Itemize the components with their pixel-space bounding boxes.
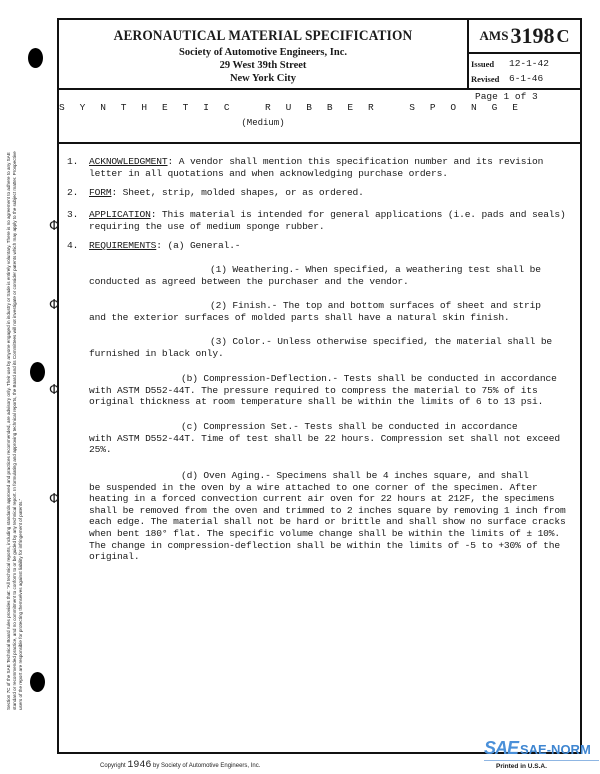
printed-in: Printed in U.S.A. [496, 763, 547, 770]
requirement-lead: (d) Oven Aging.- Specimens shall be 4 in… [89, 470, 572, 482]
requirement-compression-set: (c) Compression Set.- Tests shall be con… [67, 421, 572, 456]
requirement-lead: (c) Compression Set.- Tests shall be con… [89, 421, 572, 433]
requirement-compression-deflection: Φ (b) Compression-Deflection.- Tests sha… [67, 373, 572, 408]
section-heading: FORM [89, 187, 111, 198]
requirement-lead: (2) Finish.- The top and bottom surfaces… [89, 300, 572, 312]
requirement-lead: (b) Compression-Deflection.- Tests shall… [89, 373, 572, 385]
requirement-color: (3) Color.- Unless otherwise specified, … [67, 336, 572, 359]
section-number: 1. [67, 156, 78, 168]
document-frame: AERONAUTICAL MATERIAL SPECIFICATION Soci… [57, 18, 582, 754]
revision-mark-icon: Φ [49, 300, 59, 312]
requirement-lead: (3) Color.- Unless otherwise specified, … [89, 336, 572, 348]
requirement-text: furnished in black only. [89, 348, 224, 359]
spec-prefix: AMS [480, 28, 509, 44]
sae-norm-logo: SAE SAE-NORM [484, 738, 599, 762]
revised-date: 6-1-46 [509, 73, 543, 84]
copyright-suffix: by Society of Automotive Engineers, Inc. [153, 763, 260, 769]
spec-box: AMS 3198 C Issued 12-1-42 Revised 6-1-46 [469, 20, 580, 90]
copyright: Copyright 1946 by Society of Automotive … [100, 760, 260, 771]
requirement-text: and the exterior surfaces of molded part… [89, 312, 510, 323]
copyright-year: 1946 [127, 760, 151, 771]
header-city: New York City [59, 73, 467, 84]
header-org: Society of Automotive Engineers, Inc. [59, 47, 467, 58]
logo-text: SAE-NORM [520, 742, 591, 757]
header: AERONAUTICAL MATERIAL SPECIFICATION Soci… [59, 20, 469, 90]
spec-revision: C [556, 26, 569, 47]
section-heading: ACKNOWLEDGMENT [89, 156, 168, 167]
requirement-text: with ASTM D552-44T. Time of test shall b… [89, 433, 560, 456]
section-number: 4. [67, 240, 78, 252]
section-heading: REQUIREMENTS [89, 240, 156, 251]
section-heading: APPLICATION [89, 209, 151, 220]
header-address: 29 West 39th Street [59, 60, 467, 71]
revision-mark-icon: Φ [49, 385, 59, 397]
requirement-text: be suspended in the oven by a wire attac… [89, 482, 566, 563]
logo-underline [484, 760, 599, 761]
copyright-prefix: Copyright [100, 763, 126, 769]
requirement-weathering: (1) Weathering.- When specified, a weath… [67, 264, 572, 287]
spec-dates: Issued 12-1-42 Revised 6-1-46 [469, 54, 580, 86]
requirement-oven-aging: Φ (d) Oven Aging.- Specimens shall be 4 … [67, 470, 572, 563]
section-4: 4. REQUIREMENTS: (a) General.- [67, 240, 572, 252]
section-number: 2. [67, 187, 78, 199]
issued-date: 12-1-42 [509, 58, 549, 69]
doc-subtitle: (Medium) [59, 118, 467, 128]
doc-title: S Y N T H E T I C R U B B E R S P O N G … [59, 102, 467, 113]
section-text: : (a) General.- [156, 240, 240, 251]
section-1: 1. ACKNOWLEDGMENT: A vendor shall mentio… [67, 156, 572, 179]
revision-mark-icon: Φ [49, 494, 59, 506]
sae-logo-icon: SAE [484, 738, 518, 759]
revision-mark-icon: Φ [49, 221, 59, 233]
spec-num: 3198 [510, 23, 554, 49]
issued-label: Issued [471, 59, 509, 69]
section-3: Φ 3. APPLICATION: This material is inten… [67, 209, 572, 232]
sidebar-disclaimer: Section 7C of the SAE Technical Board ru… [6, 150, 46, 710]
requirement-text: with ASTM D552-44T. The pressure require… [89, 385, 543, 408]
requirement-text: conducted as agreed between the purchase… [89, 276, 409, 287]
revised-label: Revised [471, 74, 509, 84]
section-text: : Sheet, strip, molded shapes, or as ord… [111, 187, 363, 198]
requirement-lead: (1) Weathering.- When specified, a weath… [89, 264, 572, 276]
header-title: AERONAUTICAL MATERIAL SPECIFICATION [75, 28, 450, 45]
spec-number: AMS 3198 C [469, 20, 580, 54]
section-number: 3. [67, 209, 78, 221]
requirement-finish: Φ (2) Finish.- The top and bottom surfac… [67, 300, 572, 323]
title-row: S Y N T H E T I C R U B B E R S P O N G … [59, 90, 580, 144]
punch-hole-top [28, 48, 43, 68]
section-2: 2. FORM: Sheet, strip, molded shapes, or… [67, 187, 572, 199]
section-text: : This material is intended for general … [89, 209, 566, 232]
